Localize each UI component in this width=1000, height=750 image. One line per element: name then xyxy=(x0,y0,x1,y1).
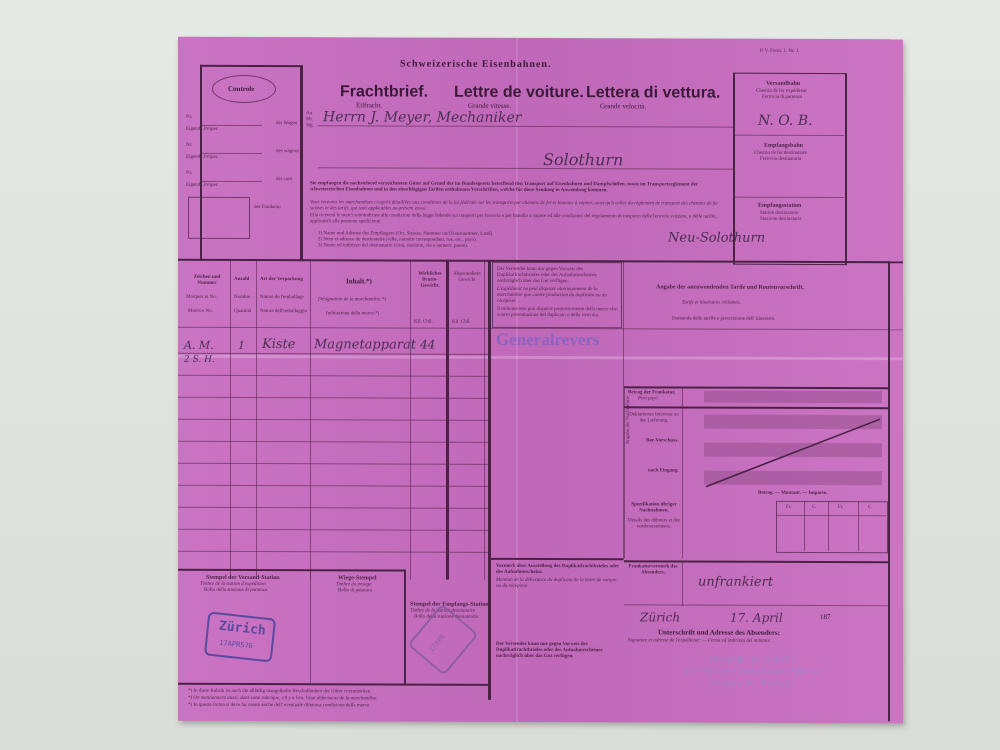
tariff-label-it: Domanda delle tariffe e prescrizione del… xyxy=(672,316,775,322)
versandbahn-value[interactable]: N. O. B. xyxy=(758,113,813,129)
tariff-label-de: Angabe der anzuwendenden Tarife und Rout… xyxy=(656,284,804,291)
versandbahn-label: Versandbahn xyxy=(766,81,800,87)
control-row-5: Nr. xyxy=(186,171,192,177)
col-header-marks: Zeichen und Nummer xyxy=(186,275,228,287)
col-header-rounded-weight: Abgerundetes Gewicht xyxy=(450,272,484,284)
sender-year: 187 xyxy=(820,613,831,621)
duplicate-remark: Vormerk über Ausstellung des Duplikatfra… xyxy=(496,564,620,576)
cell-mark-2[interactable]: 2 S. H. xyxy=(184,355,215,365)
generalrevers-stamp: Generalrevers xyxy=(496,330,600,350)
cell-contents[interactable]: Magnetapparat xyxy=(314,337,416,352)
sender-place[interactable]: Zürich xyxy=(640,610,680,624)
note-3: 3) Nome ed indirizzo del destinatario (c… xyxy=(318,243,468,250)
empfangsbahn-label: Empfangsbahn xyxy=(764,143,803,149)
subtitle-it: Grande velocità. xyxy=(600,102,646,110)
form-number: P. V. Form. 1. Nr. 1 xyxy=(760,49,798,55)
declaration-it: Ella riceverà le merci sottoindicate all… xyxy=(310,213,730,226)
disposal-remark: Der Versender kann nur gegen Vorweis des… xyxy=(496,642,620,660)
cell-packing[interactable]: Kiste xyxy=(262,337,295,352)
nachnahme-label: Angabe der Nachnahme xyxy=(626,396,632,444)
zurich-postmark: Zürich 17APR576 xyxy=(204,611,276,662)
frankatur-label: der Frankatur xyxy=(254,205,281,211)
fold-line-horizontal xyxy=(178,355,903,361)
control-row-4: Eigenth. Proper. xyxy=(186,155,218,161)
cell-count[interactable]: 1 xyxy=(238,339,245,352)
tariff-label-fr: Tarifs et itinéraires réclamés. xyxy=(682,300,741,306)
company-stamp-line-3: vormals A. Millot. xyxy=(708,679,795,688)
col-header-packing: Art der Verpackung xyxy=(260,277,303,283)
declaration-fr: Vous recevrez les marchandises ci-après … xyxy=(310,200,730,213)
subtitle-de: Eilfracht. xyxy=(356,101,382,109)
empfangsstation-label: Empfangsstation xyxy=(758,203,801,209)
strike-through-line xyxy=(704,417,884,490)
declared-interest-label: Deklariertes Interesse an der Lieferung. xyxy=(628,412,680,424)
wagon-label-de: der Wagen xyxy=(276,121,297,127)
company-stamp-line-2: der Müllereimaschinen-Fabrik xyxy=(684,667,819,676)
fold-line-vertical xyxy=(516,38,518,722)
frankatur-grid xyxy=(188,197,250,239)
control-box-top xyxy=(200,65,300,67)
wagon-label-it: dei carri xyxy=(276,177,293,183)
recipient-prefix: An Mr. Sig. xyxy=(306,111,318,129)
spec-label: Spezifikation übriger Nachnahmen. xyxy=(628,502,680,514)
sender-date[interactable]: 17. April xyxy=(730,611,783,625)
cell-mark[interactable]: A. M. xyxy=(184,339,214,352)
wagon-label-fr: des wagons xyxy=(276,149,299,155)
railway-name: Schweizerische Eisenbahnen. xyxy=(400,61,551,70)
cell-weight[interactable]: 44 xyxy=(420,338,435,352)
control-row-1: Nr. xyxy=(186,115,192,121)
sender-frankatur-label: Frankaturvermerk des Absenders. xyxy=(626,564,680,576)
instructions-box: Der Versender kann nur gegen Vorweis des… xyxy=(492,262,622,328)
title-fr: Lettre de voiture. xyxy=(454,84,584,102)
subtitle-fr: Grande vitesse. xyxy=(468,102,511,110)
title-de: Frachtbrief. xyxy=(340,83,428,101)
bar-vorschuss-label: Bar-Vorschuss. xyxy=(646,438,678,444)
footnote-fr: *) On mentionnera aussi, dans cette rubr… xyxy=(188,696,378,703)
sender-frankatur-value[interactable]: unfrankiert xyxy=(698,575,773,590)
control-row-6: Eigenth. Proper. xyxy=(186,183,218,189)
col-header-contents: Inhalt.*) xyxy=(346,277,372,285)
freight-document: Schweizerische Eisenbahnen. P. V. Form. … xyxy=(178,37,903,724)
signature-label: Unterschrift und Adresse des Absenders: xyxy=(658,628,780,636)
col-header-gross-weight: Wirkliches Brutto-Gewicht. xyxy=(414,272,446,290)
recipient-addressee[interactable]: Herrn J. Meyer, Mechaniker xyxy=(323,109,521,126)
destination-station-value[interactable]: Neu-Solothurn xyxy=(668,230,765,245)
company-stamp-line-1: Aktiengesellschaft xyxy=(708,655,795,664)
control-row-2: Eigenth. Proper. xyxy=(186,127,218,133)
declaration-de: Sie empfangen die nachstehend verzeichne… xyxy=(310,181,730,194)
control-oval-stamp: Controle xyxy=(212,75,276,103)
footnote-it: *) In questa forma si deve far cenno anc… xyxy=(188,703,370,710)
amount-header: Betrag. — Montant. — Importo. xyxy=(758,491,828,497)
versand-stamp-label: Stempel der Versand-Station xyxy=(206,575,280,581)
destination-stamp-label: Stempel der Empfangs-Station xyxy=(410,602,489,608)
control-box-right xyxy=(300,65,303,261)
nach-eingang-label: nach Eingang. xyxy=(648,468,679,474)
title-it: Lettera di vettura. xyxy=(586,84,720,102)
recipient-city[interactable]: Solothurn xyxy=(543,150,623,169)
control-row-3: Nr. xyxy=(186,143,192,149)
col-header-count: Anzahl xyxy=(234,277,249,283)
footnote-de: *) In diese Rubrik ist auch die allfälli… xyxy=(188,689,371,696)
weighing-stamp-label: Wiege-Stempel xyxy=(338,575,377,581)
